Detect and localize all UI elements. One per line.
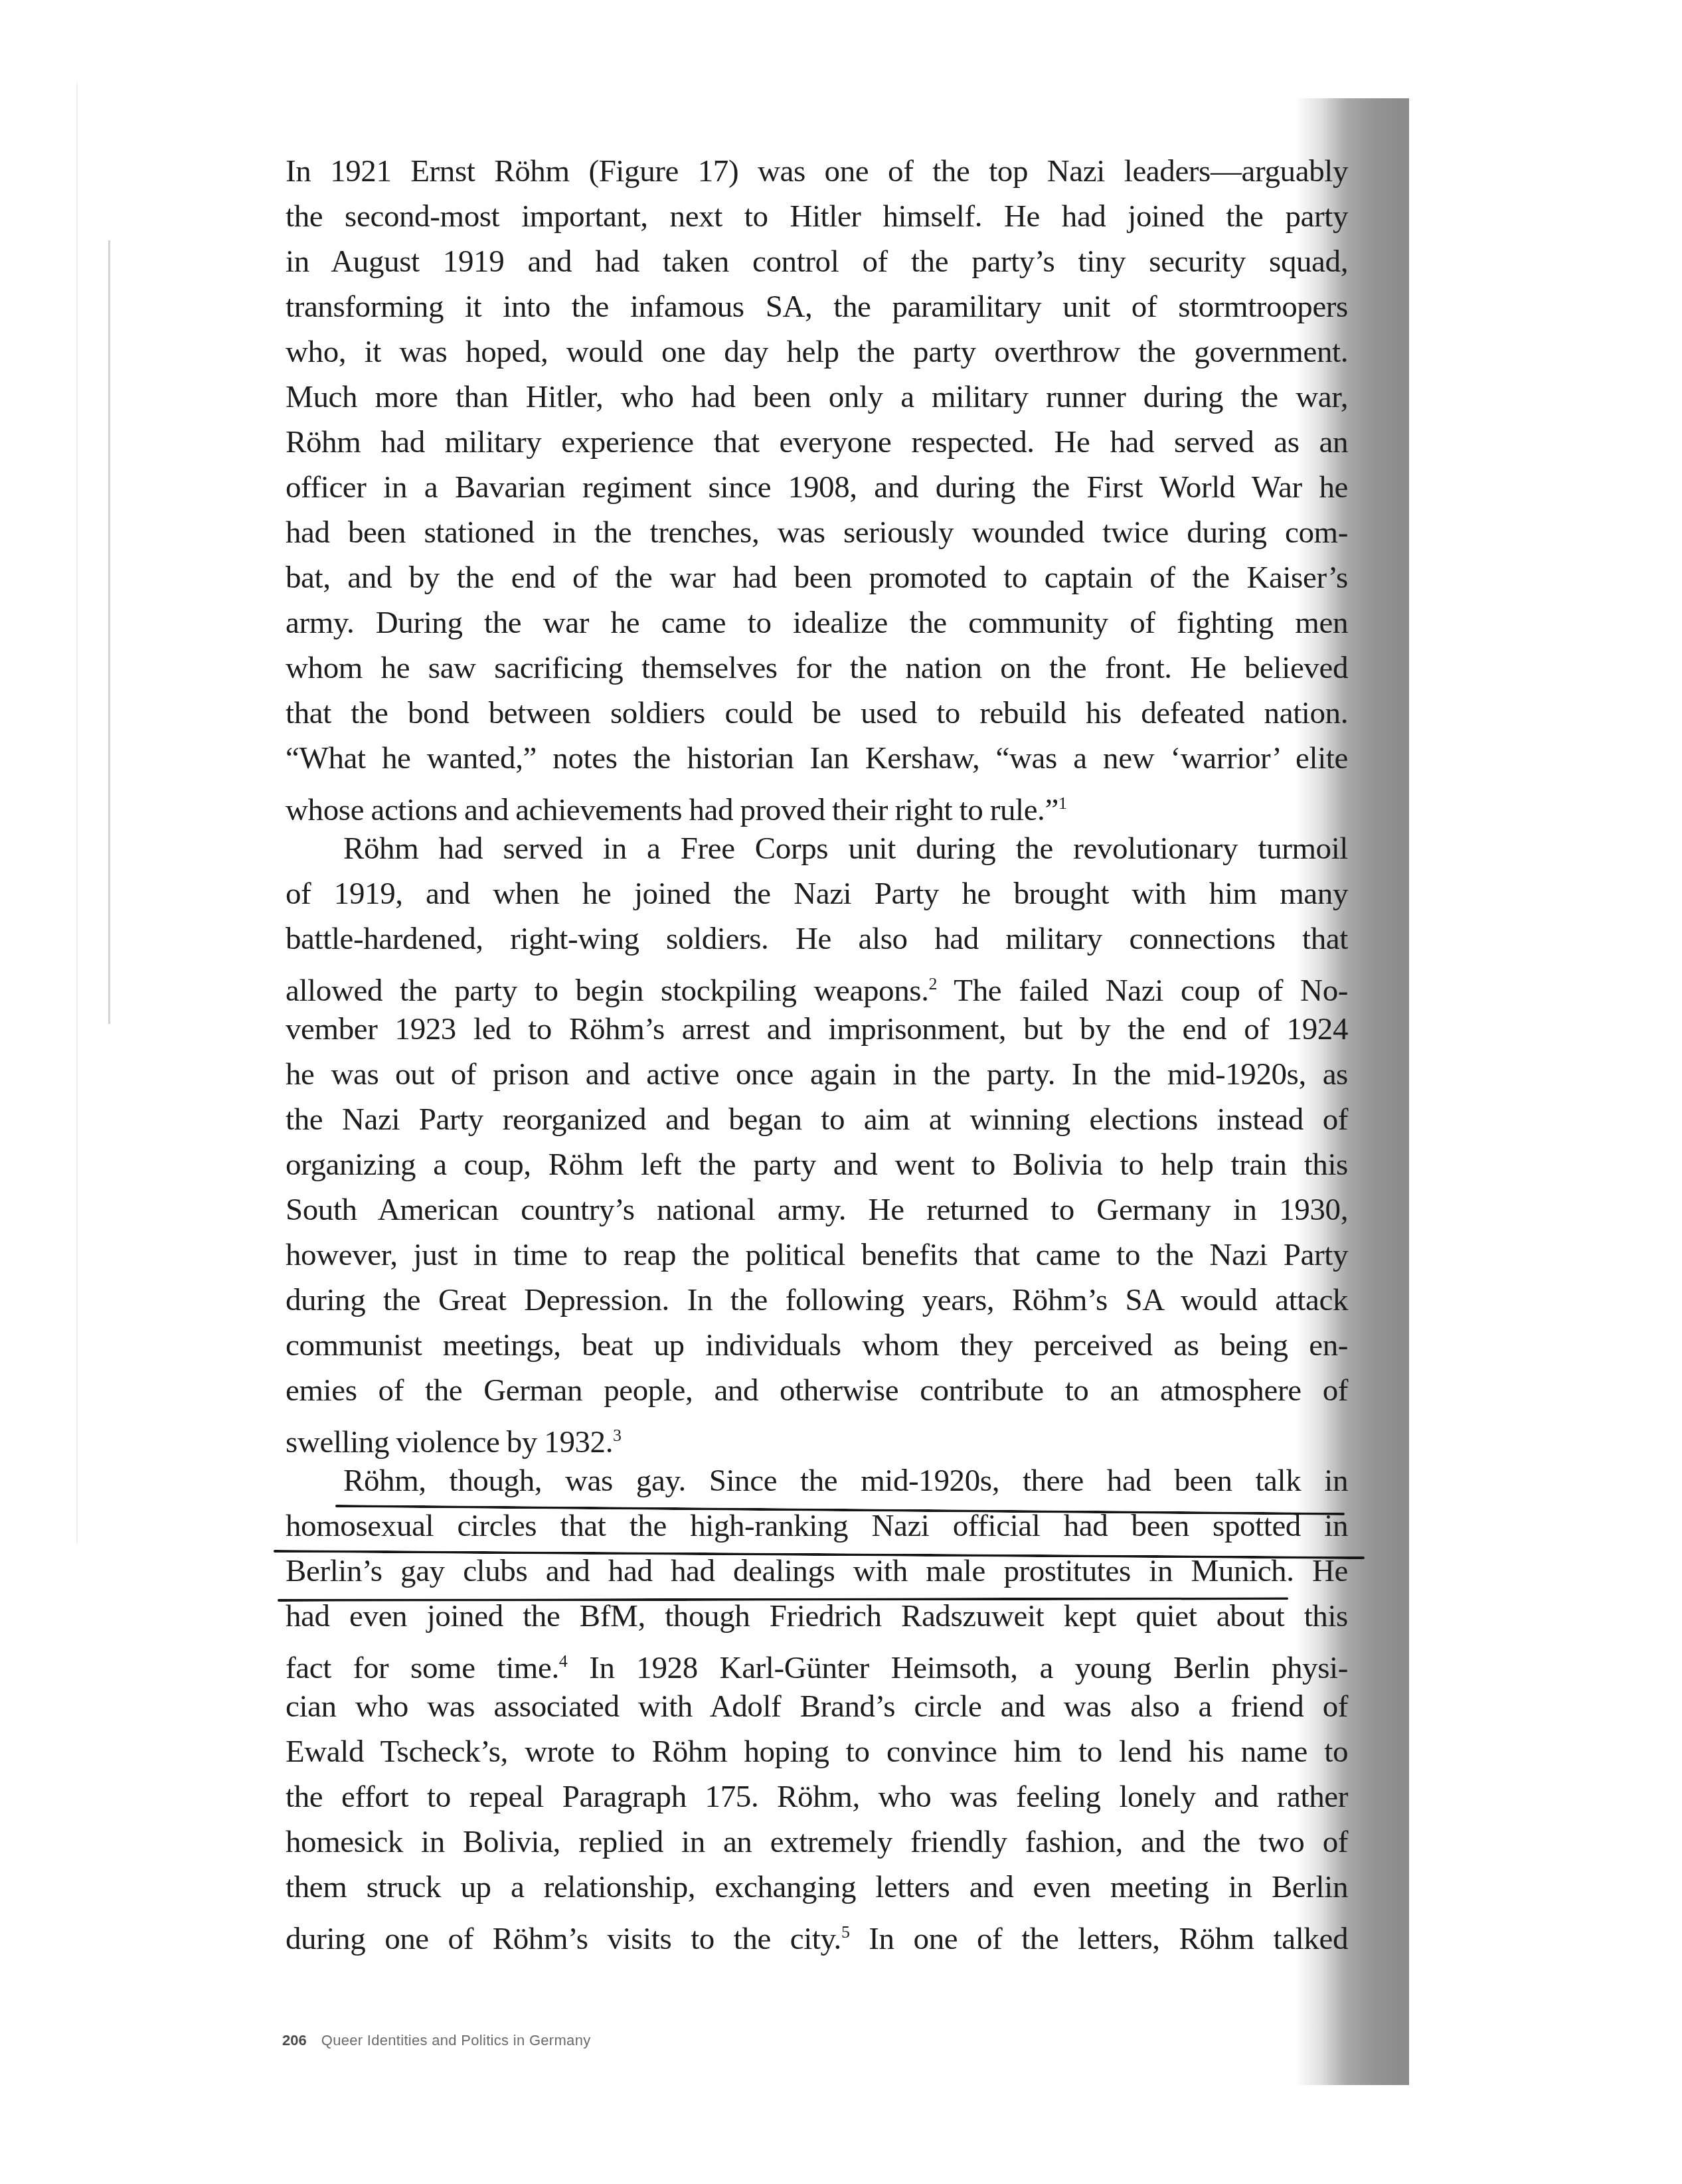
text-line: organizing a coup, Röhm left the party a…: [286, 1142, 1348, 1187]
text-line: Much more than Hitler, who had been only…: [286, 375, 1348, 420]
text-run: In 1928 Karl-Günter Heimsoth, a young Be…: [567, 1651, 1348, 1685]
text-line: cian who was associated with Adolf Brand…: [286, 1684, 1348, 1729]
footnote-ref-1[interactable]: 1: [1058, 794, 1067, 813]
text-line-underlined: Röhm, though, was gay. Since the mid-192…: [343, 1458, 1348, 1503]
text-line: during the Great Depression. In the foll…: [286, 1278, 1348, 1323]
footnote-ref-4[interactable]: 4: [559, 1651, 568, 1671]
text-line: transforming it into the infamous SA, th…: [286, 284, 1348, 329]
text-line: however, just in time to reap the politi…: [286, 1232, 1348, 1278]
text-run: allowed the party to begin stockpiling w…: [286, 973, 929, 1008]
scanned-book-page: In 1921 Ernst Röhm (Figure 17) was one o…: [0, 0, 1682, 2184]
footnote-ref-3[interactable]: 3: [613, 1426, 622, 1445]
text-run: The failed Nazi coup of No-: [937, 973, 1348, 1008]
text-line: during one of Röhm’s visits to the city.…: [286, 1910, 1348, 1955]
text-line: Ewald Tscheck’s, wrote to Röhm hoping to…: [286, 1729, 1348, 1774]
text-line: the effort to repeal Paragraph 175. Röhm…: [286, 1774, 1348, 1819]
text-line: Röhm had military experience that everyo…: [286, 420, 1348, 465]
text-run: In one of the letters, Röhm talked: [850, 1922, 1348, 1956]
footnote-ref-5[interactable]: 5: [841, 1922, 850, 1942]
text-line: them struck up a relationship, exchangin…: [286, 1865, 1348, 1910]
text-line: had been stationed in the trenches, was …: [286, 510, 1348, 555]
text-line: communist meetings, beat up individuals …: [286, 1323, 1348, 1368]
footnote-ref-2[interactable]: 2: [929, 974, 938, 993]
text-line: “What he wanted,” notes the historian Ia…: [286, 736, 1348, 781]
text-line: allowed the party to begin stockpiling w…: [286, 962, 1348, 1007]
scan-margin-line: [108, 240, 110, 1024]
text-line: bat, and by the end of the war had been …: [286, 555, 1348, 600]
text-line: the Nazi Party reorganized and began to …: [286, 1097, 1348, 1142]
text-line: whom he saw sacrificing themselves for t…: [286, 645, 1348, 691]
text-line: in August 1919 and had taken control of …: [286, 239, 1348, 284]
text-line: he was out of prison and active once aga…: [286, 1052, 1348, 1097]
text-run: fact for some time.: [286, 1651, 559, 1685]
text-line: South American country’s national army. …: [286, 1187, 1348, 1232]
running-head: Queer Identities and Politics in Germany: [321, 2032, 591, 2049]
page-footer: 206Queer Identities and Politics in Germ…: [282, 2032, 590, 2049]
text-line: of 1919, and when he joined the Nazi Par…: [286, 871, 1348, 916]
text-line: that the bond between soldiers could be …: [286, 691, 1348, 736]
text-run: during one of Röhm’s visits to the city.: [286, 1922, 841, 1956]
text-line: Röhm had served in a Free Corps unit dur…: [343, 826, 1348, 871]
text-line: battle-hardened, right-wing soldiers. He…: [286, 916, 1348, 962]
text-line: who, it was hoped, would one day help th…: [286, 329, 1348, 375]
text-line: swelling violence by 1932.3: [286, 1413, 1348, 1458]
text-line: fact for some time.4 In 1928 Karl-Günter…: [286, 1639, 1348, 1684]
text-run: whose actions and achievements had prove…: [286, 793, 1058, 827]
text-line: the second-most important, next to Hitle…: [286, 194, 1348, 239]
text-line: homesick in Bolivia, replied in an extre…: [286, 1819, 1348, 1865]
text-line: officer in a Bavarian regiment since 190…: [286, 465, 1348, 510]
text-line: In 1921 Ernst Röhm (Figure 17) was one o…: [286, 149, 1348, 194]
text-line: army. During the war he came to idealize…: [286, 600, 1348, 645]
scan-artifact-rule: [76, 83, 78, 1544]
page-number: 206: [282, 2032, 307, 2049]
text-run: swelling violence by 1932.: [286, 1425, 613, 1460]
text-line: emies of the German people, and otherwis…: [286, 1368, 1348, 1413]
text-line: whose actions and achievements had prove…: [286, 781, 1348, 826]
text-line: vember 1923 led to Röhm’s arrest and imp…: [286, 1007, 1348, 1052]
